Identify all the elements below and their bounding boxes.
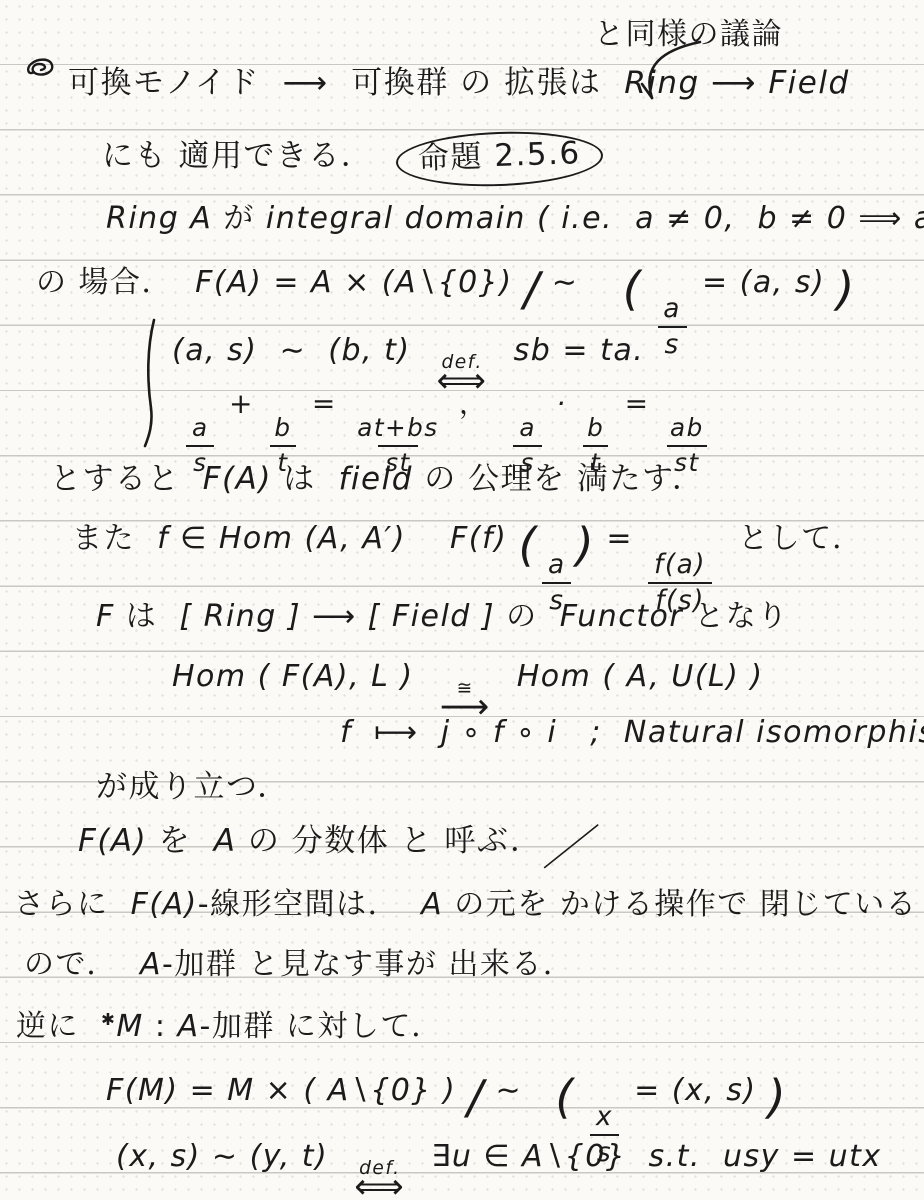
text-segment: と同様の議論 — [594, 17, 783, 52]
text-segment: は — [272, 461, 339, 497]
math-segment: sb = ta. — [492, 333, 645, 368]
line-integral-domain: Ring A が integral domain ( i.e. a ≠ 0, b… — [106, 202, 924, 237]
text-segment: として． — [716, 521, 863, 556]
line-satisfies-field-axioms: とすると F(A) は field の 公理を 満たす． — [50, 462, 705, 498]
text-segment: また — [72, 521, 157, 556]
big-delimiter: ／ — [543, 820, 593, 876]
text-segment: の元を かける操作で 閉じている — [443, 887, 917, 922]
math-segment: · — [546, 387, 577, 420]
math-segment: F(A) — [131, 887, 198, 922]
line-applies-proposition: にも 適用できる． 命題 2.5.6 — [102, 132, 603, 186]
line-monoid-to-group: 可換モノイド ⟶ 可換群 の 拡張は Ring ⟶ Field — [68, 66, 850, 102]
text-segment: となり — [683, 599, 789, 634]
math-segment: Hom ( A, U(L) ) — [495, 659, 764, 694]
text-segment: が — [223, 201, 266, 236]
math-segment: F(M) = M × ( A∖{0} ) — [106, 1073, 467, 1108]
math-segment: + — [219, 387, 265, 420]
superscript-mark: ✱ — [101, 1010, 116, 1029]
math-segment: ∃u ∈ A∖{0} s.t. usy = utx — [409, 1139, 881, 1174]
big-delimiter: ) — [836, 262, 856, 316]
big-delimiter: ) — [576, 518, 596, 572]
math-segment: ∼ — [541, 265, 623, 300]
text-segment: が成り立つ． — [96, 769, 290, 805]
notebook-page: と同様の議論可換モノイド ⟶ 可換群 の 拡張は Ring ⟶ Fieldにも … — [0, 0, 924, 1200]
math-segment: A — [214, 823, 237, 859]
text-segment: とすると — [50, 461, 203, 497]
fraction-numerator: a — [656, 296, 688, 326]
text-segment: -加群 と見なす事が 出来る． — [162, 947, 574, 982]
math-segment: F(A) = A × (A∖{0}) — [195, 265, 523, 300]
arrow-label: def. — [441, 355, 482, 371]
math-segment: (a, s) ∼ (b, t) — [172, 333, 433, 368]
text-segment: を — [147, 823, 214, 859]
fraction-denominator: s — [658, 326, 687, 358]
text-segment: 逆に — [16, 1009, 101, 1044]
text-segment: 可換モノイド ⟶ 可換群 の 拡張は — [68, 65, 624, 101]
text-segment: -線形空間は． — [198, 887, 421, 922]
margin-scribble-icon — [20, 52, 60, 86]
line-module-equivalence-def: (x, s) ∼ (y, t) def.⟺ ∃u ∈ A∖{0} s.t. us… — [116, 1140, 882, 1200]
big-delimiter: ( — [623, 262, 643, 316]
text-segment — [575, 1073, 586, 1108]
fraction-numerator: at+bs — [350, 416, 445, 445]
line-conversely-module: 逆に ✱M : A-加群 に対して． — [16, 1010, 443, 1045]
fraction-numerator: a — [512, 416, 543, 445]
text-segment — [642, 265, 653, 300]
text-segment: -加群 に対して． — [200, 1009, 443, 1044]
big-delimiter: ( — [518, 518, 538, 572]
annotation-same-argument: と同様の議論 — [594, 18, 783, 53]
fraction-numerator: x — [589, 1104, 620, 1134]
line-holds: が成り立つ． — [96, 770, 290, 806]
math-segment: Ring A — [106, 201, 223, 236]
big-delimiter: ( — [555, 1070, 575, 1124]
fraction-numerator: b — [267, 416, 298, 445]
big-delimiter: / — [467, 1070, 484, 1124]
math-segment: A — [140, 947, 162, 982]
arrow-label: def. — [359, 1161, 400, 1177]
text-segment: : — [144, 1009, 178, 1044]
text-segment: にも 適用できる． — [102, 138, 396, 174]
text-segment: さらに — [14, 887, 131, 922]
math-segment: = — [614, 387, 660, 420]
math-segment: f ∈ Hom (A, A′) F(f) — [157, 521, 518, 556]
math-segment: A — [421, 887, 443, 922]
math-segment: = (x, s) — [623, 1073, 768, 1108]
math-segment: M — [116, 1009, 143, 1044]
proposition-ellipse: 命題 2.5.6 — [395, 128, 603, 189]
text-segment: ， — [449, 387, 510, 420]
text-segment: の 分数体 と 呼ぶ． — [237, 823, 543, 859]
math-segment: A — [177, 1009, 199, 1044]
fraction-numerator: f(a) — [647, 552, 713, 582]
math-segment: Hom ( F(A), L ) — [172, 659, 436, 694]
math-segment: [ Ring ] ⟶ [ Field ] — [179, 599, 495, 634]
math-segment: (x, s) ∼ (y, t) — [116, 1139, 350, 1174]
fraction-numerator: ab — [663, 416, 711, 445]
math-segment: F(A) — [203, 461, 272, 497]
big-delimiter: / — [524, 262, 541, 316]
text-segment: の 場合． — [36, 265, 195, 300]
math-segment: F(A) — [78, 823, 147, 859]
text-segment: は — [115, 599, 180, 634]
math-segment: = (a, s) — [691, 265, 836, 300]
math-segment: F — [96, 599, 115, 634]
math-segment: Functor — [560, 599, 684, 634]
math-segment: Field — [768, 65, 849, 101]
fraction-numerator: b — [580, 416, 611, 445]
fraction: as — [656, 296, 688, 359]
line-regard-as-module: ので． A-加群 と見なす事が 出来る． — [24, 948, 574, 983]
line-natural-isomorphism: f ⟼ j ∘ f ∘ i ; Natural isomorphism — [340, 716, 924, 751]
line-field-of-fractions: F(A) を A の 分数体 と 呼ぶ．／ — [78, 824, 592, 860]
math-segment: ∼ — [484, 1073, 555, 1108]
line-adjunction: Hom ( F(A), L ) ≅⟶ Hom ( A, U(L) ) — [172, 660, 764, 723]
fraction-numerator: a — [185, 416, 216, 445]
text-segment: ので． — [24, 947, 140, 982]
text-segment: ⟶ — [700, 65, 769, 101]
line-functor: F は [ Ring ] ⟶ [ Field ] の Functor となり — [96, 600, 789, 635]
math-segment: = — [595, 521, 644, 556]
math-segment: = — [302, 387, 348, 420]
math-segment: field — [339, 461, 413, 497]
line-linear-space-closed: さらに F(A)-線形空間は． A の元を かける操作で 閉じている — [14, 888, 917, 923]
arrow-label: ≅ — [457, 681, 474, 697]
fraction-numerator: a — [541, 552, 573, 582]
math-segment: f ⟼ j ∘ f ∘ i ; Natural isomorphism — [340, 715, 924, 750]
text-segment: の — [495, 599, 560, 634]
big-delimiter: ) — [768, 1070, 788, 1124]
arrow-with-label: def.⟺ — [354, 1158, 405, 1200]
math-segment: Ring — [624, 65, 699, 101]
text-segment: の 公理を 満たす． — [413, 461, 705, 497]
math-segment: integral domain ( i.e. a ≠ 0, b ≠ 0 ⟹ ab… — [266, 201, 924, 236]
